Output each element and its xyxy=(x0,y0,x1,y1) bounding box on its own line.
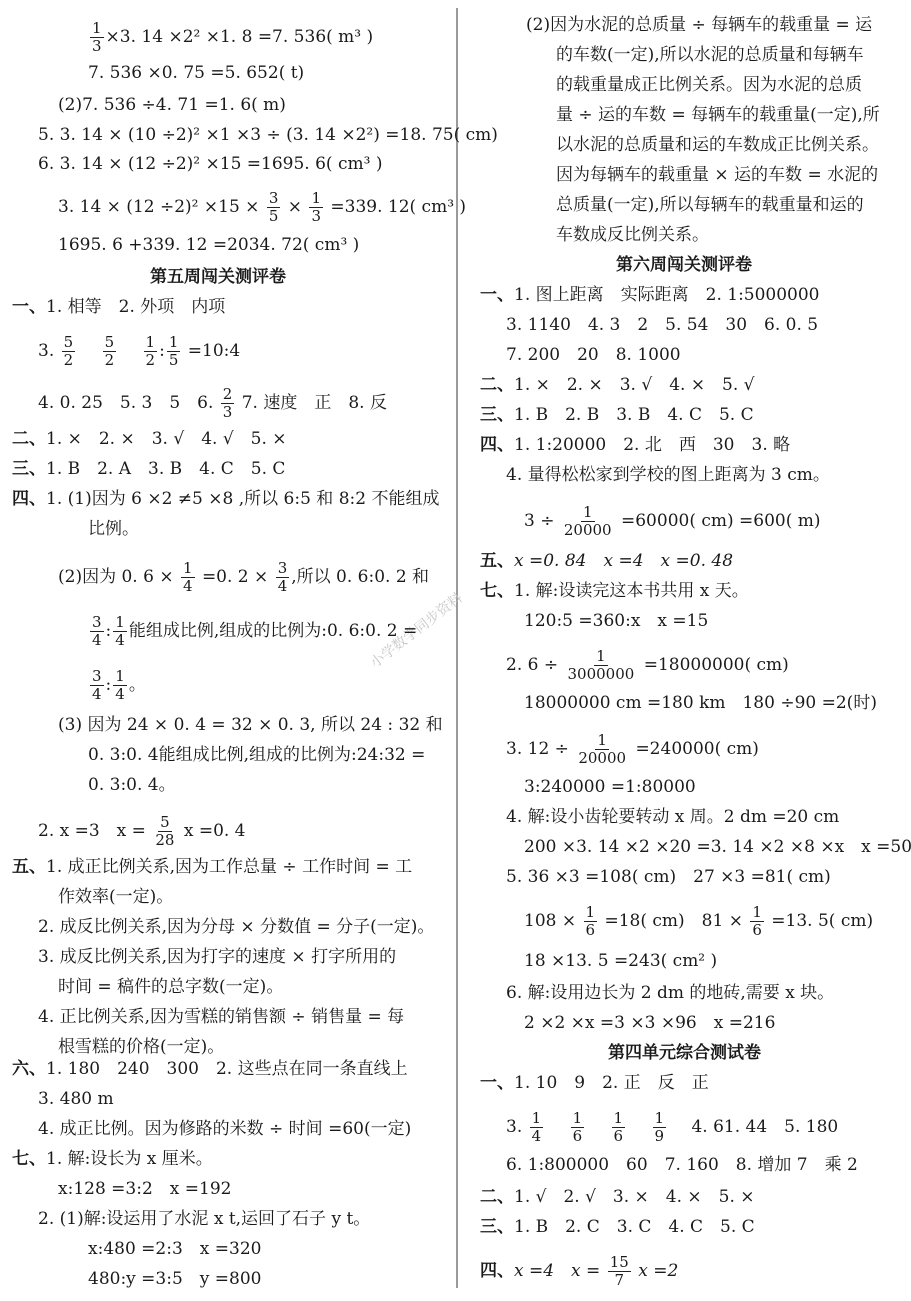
answer-line: 作效率(一定)。 xyxy=(58,886,173,908)
answer-line: 13×3. 14 ×2² ×1. 8 =7. 536( m³ ) xyxy=(88,20,373,55)
answer-line: x:128 =3:2 x =192 xyxy=(58,1178,231,1200)
answer-line: 2. (1)解:设运用了水泥 x t,运回了石子 y t。 xyxy=(38,1208,370,1230)
answer-line: 以水泥的总质量和运的车数成正比例关系。 xyxy=(556,134,879,156)
answer-line: 2. x =3 x = 528 x =0. 4 xyxy=(38,814,246,849)
answer-line: (2)因为 0. 6 × 14 =0. 2 × 34,所以 0. 6:0. 2 … xyxy=(58,560,429,595)
answer-line: 18000000 cm =180 km 180 ÷90 =2(时) xyxy=(524,692,877,714)
answer-line: (2)因为水泥的总质量 ÷ 每辆车的载重量 = 运 xyxy=(526,14,872,36)
answer-line: 比例。 xyxy=(88,518,139,540)
answer-line: 5. 36 ×3 =108( cm) 27 ×3 =81( cm) xyxy=(506,866,831,888)
answer-line: 3. 12 ÷ 120000 =240000( cm) xyxy=(506,732,759,767)
answer-line: 3. 480 m xyxy=(38,1088,114,1110)
answer-line: 的载重量成正比例关系。因为水泥的总质 xyxy=(556,74,862,96)
answer-line: 18 ×13. 5 =243( cm² ) xyxy=(524,950,717,972)
fraction: 13 xyxy=(90,20,104,55)
answer-line: (3) 因为 24 × 0. 4 = 32 × 0. 3, 所以 24 : 32… xyxy=(58,714,443,736)
answer-line: 四、1. (1)因为 6 ×2 ≠5 ×8 ,所以 6:5 和 8:2 不能组成 xyxy=(12,488,439,510)
answer-line: 6. 1:800000 60 7. 160 8. 增加 7 乘 2 xyxy=(506,1154,858,1176)
answer-line: 6. 3. 14 × (12 ÷2)² ×15 =1695. 6( cm³ ) xyxy=(38,153,382,175)
answer-line: 一、1. 相等 2. 外项 内项 xyxy=(12,296,225,318)
answer-line: 200 ×3. 14 ×2 ×20 =3. 14 ×2 ×8 ×x x =500 xyxy=(524,836,911,858)
answer-line: 二、1. × 2. × 3. √ 4. × 5. √ xyxy=(480,374,755,396)
answer-line: 4. 0. 25 5. 3 5 6. 23 7. 速度 正 8. 反 xyxy=(38,386,387,421)
answer-line: 二、1. × 2. × 3. √ 4. √ 5. × xyxy=(12,428,287,450)
answer-line: 0. 3:0. 4能组成比例,组成的比例为:24:32 = xyxy=(88,744,425,766)
answer-line: 4. 正比例关系,因为雪糕的销售额 ÷ 销售量 = 每 xyxy=(38,1006,404,1028)
answer-line: 0. 3:0. 4。 xyxy=(88,774,176,796)
answer-line: 七、1. 解:设长为 x 厘米。 xyxy=(12,1148,213,1170)
answer-line: 六、1. 180 240 300 2. 这些点在同一条直线上 xyxy=(12,1058,408,1080)
answer-line: 6. 解:设用边长为 2 dm 的地砖,需要 x 块。 xyxy=(506,982,834,1004)
answer-line: 3:240000 =1:80000 xyxy=(524,776,696,798)
answer-line: 5. 3. 14 × (10 ÷2)² ×1 ×3 ÷ (3. 14 ×2²) … xyxy=(38,124,498,146)
answer-line: 二、1. √ 2. √ 3. × 4. × 5. × xyxy=(480,1186,755,1208)
answer-line: 四、x =4 x = 157 x =2 xyxy=(480,1254,678,1289)
answer-line: 2. 成反比例关系,因为分母 × 分数值 = 分子(一定)。 xyxy=(38,916,434,938)
answer-line: 量 ÷ 运的车数 = 每辆车的载重量(一定),所 xyxy=(556,104,880,126)
answer-line: x:480 =2:3 x =320 xyxy=(88,1238,261,1260)
answer-line: 4. 解:设小齿轮要转动 x 周。2 dm =20 cm xyxy=(506,806,839,828)
answer-line: 3. 成反比例关系,因为打字的速度 × 打字所用的 xyxy=(38,946,396,968)
answer-line: 时间 = 稿件的总字数(一定)。 xyxy=(58,976,283,998)
answer-line: 3 ÷ 120000 =60000( cm) =600( m) xyxy=(524,504,821,539)
answer-line: 一、1. 图上距离 实际距离 2. 1:5000000 xyxy=(480,284,820,306)
answer-line: 的车数(一定),所以水泥的总质量和每辆车 xyxy=(556,44,864,66)
section-title: 第五周闯关测评卷 xyxy=(150,266,286,288)
answer-line: 1695. 6 +339. 12 =2034. 72( cm³ ) xyxy=(58,234,359,256)
answer-line: 总质量(一定),所以每辆车的载重量和运的 xyxy=(556,194,864,216)
answer-line: 3. 52 52 12:15 =10:4 xyxy=(38,334,240,369)
answer-line: 120:5 =360:x x =15 xyxy=(524,610,708,632)
answer-line: 34:14能组成比例,组成的比例为:0. 6:0. 2 = xyxy=(88,614,417,649)
answer-line: 四、1. 1:20000 2. 北 西 30 3. 略 xyxy=(480,434,790,456)
answer-line: 三、1. B 2. B 3. B 4. C 5. C xyxy=(480,404,754,426)
answer-line: 4. 量得松松家到学校的图上距离为 3 cm。 xyxy=(506,464,830,486)
answer-line: 3. 14 × (12 ÷2)² ×15 × 35 × 13 =339. 12(… xyxy=(58,190,466,225)
answer-line: 车数成反比例关系。 xyxy=(556,224,709,246)
section-title: 第四单元综合测试卷 xyxy=(608,1042,761,1064)
answer-line: 480:y =3:5 y =800 xyxy=(88,1268,262,1290)
answer-line: 4. 成正比例。因为修路的米数 ÷ 时间 =60(一定) xyxy=(38,1118,411,1140)
section-title: 第六周闯关测评卷 xyxy=(616,254,752,276)
answer-line: (2)7. 536 ÷4. 71 =1. 6( m) xyxy=(58,94,286,116)
answer-line: 3. 1140 4. 3 2 5. 54 30 6. 0. 5 xyxy=(506,314,818,336)
answer-line: 三、1. B 2. C 3. C 4. C 5. C xyxy=(480,1216,755,1238)
answer-line: 34:14。 xyxy=(88,668,146,703)
answer-line: 五、x =0. 84 x =4 x =0. 48 xyxy=(480,550,733,572)
answer-line: 108 × 16 =18( cm) 81 × 16 =13. 5( cm) xyxy=(524,904,873,939)
answer-line: 7. 200 20 8. 1000 xyxy=(506,344,681,366)
answer-line: 五、1. 成正比例关系,因为工作总量 ÷ 工作时间 = 工 xyxy=(12,856,412,878)
answer-line: 一、1. 10 9 2. 正 反 正 xyxy=(480,1072,709,1094)
answer-line: 三、1. B 2. A 3. B 4. C 5. C xyxy=(12,458,285,480)
answer-line: 7. 536 ×0. 75 =5. 652( t) xyxy=(88,62,304,84)
answer-line: 3. 14 16 16 19 4. 61. 44 5. 180 xyxy=(506,1110,838,1145)
answer-line: 因为每辆车的载重量 × 运的车数 = 水泥的 xyxy=(556,164,878,186)
answer-line: 根雪糕的价格(一定)。 xyxy=(58,1036,224,1058)
answer-line: 七、1. 解:设读完这本书共用 x 天。 xyxy=(480,580,749,602)
answer-line: 2 ×2 ×x =3 ×3 ×96 x =216 xyxy=(524,1012,775,1034)
answer-line: 2. 6 ÷ 13000000 =18000000( cm) xyxy=(506,648,789,683)
